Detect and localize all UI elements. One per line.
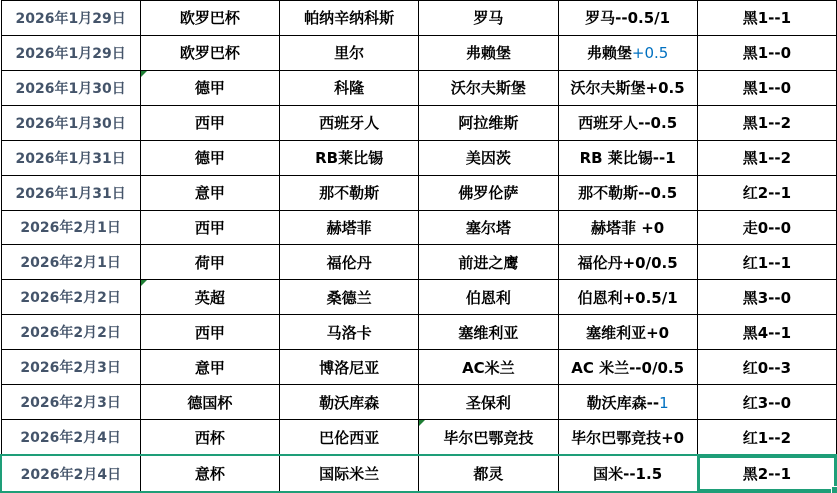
date-text: 2026年1月31日 bbox=[16, 186, 126, 202]
table-row: 2026年1月31日 意甲 那不勒斯 佛罗伦萨 那不勒斯--0.5 红2--1 bbox=[1, 175, 837, 210]
date-text: 2026年2月3日 bbox=[20, 395, 120, 411]
cell-league[interactable]: 欧罗巴杯 bbox=[140, 35, 279, 70]
away-team-text: 伯恩利 bbox=[466, 289, 511, 307]
home-team-text: 西班牙人 bbox=[319, 114, 379, 132]
date-text: 2026年2月3日 bbox=[20, 360, 120, 376]
cell-away-team[interactable]: AC米兰 bbox=[419, 350, 558, 385]
away-team-text: 塞维利亚 bbox=[458, 324, 518, 342]
home-team-text: 巴伦西亚 bbox=[319, 429, 379, 447]
cell-handicap[interactable]: 勒沃库森--1 bbox=[558, 385, 697, 420]
league-text: 欧罗巴杯 bbox=[180, 44, 240, 62]
table-row: 2026年2月1日 荷甲 福伦丹 前进之鹰 福伦丹+0/0.5 红1--1 bbox=[1, 245, 837, 280]
cell-home-team[interactable]: 福伦丹 bbox=[280, 245, 419, 280]
green-triangle-icon bbox=[419, 420, 425, 426]
cell-date[interactable]: 2026年2月1日 bbox=[1, 210, 140, 245]
cell-home-team[interactable]: 勒沃库森 bbox=[280, 385, 419, 420]
cell-home-team[interactable]: 博洛尼亚 bbox=[280, 350, 419, 385]
table-row: 2026年2月3日 德国杯 勒沃库森 圣保利 勒沃库森--1 红3--0 bbox=[1, 385, 837, 420]
table-row: 2026年2月3日 意甲 博洛尼亚 AC米兰 AC 米兰--0/0.5 红0--… bbox=[1, 350, 837, 385]
league-text: 西甲 bbox=[195, 324, 225, 342]
active-selected-cell[interactable]: 黑2--1 bbox=[697, 455, 836, 492]
date-text: 2026年1月30日 bbox=[16, 81, 126, 97]
cell-result[interactable]: 红2--1 bbox=[697, 175, 836, 210]
league-text: 西杯 bbox=[195, 429, 225, 447]
handicap-text: 罗马--0.5/1 bbox=[585, 9, 670, 27]
handicap-text: 福伦丹+0/0.5 bbox=[578, 254, 678, 272]
home-team-text: RB莱比锡 bbox=[315, 149, 383, 167]
cell-result[interactable]: 红1--1 bbox=[697, 245, 836, 280]
cell-home-team[interactable]: 那不勒斯 bbox=[280, 175, 419, 210]
cell-result[interactable]: 黑1--0 bbox=[697, 70, 836, 105]
cell-date[interactable]: 2026年1月31日 bbox=[1, 175, 140, 210]
handicap-text: 沃尔夫斯堡+0.5 bbox=[571, 79, 685, 97]
handicap-text: 伯恩利+0.5/1 bbox=[578, 289, 678, 307]
cell-handicap[interactable]: 罗马--0.5/1 bbox=[558, 1, 697, 36]
cell-league[interactable]: 意甲 bbox=[140, 175, 279, 210]
cell-handicap[interactable]: 伯恩利+0.5/1 bbox=[558, 280, 697, 315]
handicap-blue-text: +0.5 bbox=[632, 44, 668, 62]
home-team-text: 福伦丹 bbox=[327, 254, 372, 272]
cell-away-team[interactable]: 阿拉维斯 bbox=[419, 105, 558, 140]
away-team-text: 都灵 bbox=[473, 465, 503, 483]
handicap-text: AC 米兰--0/0.5 bbox=[571, 359, 684, 377]
date-text: 2026年2月2日 bbox=[20, 290, 120, 306]
match-results-table: 2026年1月29日 欧罗巴杯 帕纳辛纳科斯 罗马 罗马--0.5/1 黑1--… bbox=[0, 0, 837, 493]
away-team-text: 沃尔夫斯堡 bbox=[451, 79, 526, 97]
handicap-text: 赫塔菲 +0 bbox=[591, 219, 664, 237]
cell-away-team[interactable]: 前进之鹰 bbox=[419, 245, 558, 280]
league-text: 意甲 bbox=[195, 359, 225, 377]
table-row: 2026年2月4日 意杯 国际米兰 都灵 国米--1.5 黑2--1 bbox=[1, 455, 837, 492]
result-text: 走0--0 bbox=[743, 219, 791, 237]
cell-result[interactable]: 黑4--1 bbox=[697, 315, 836, 350]
cell-away-team[interactable]: 伯恩利 bbox=[419, 280, 558, 315]
cell-away-team[interactable]: 都灵 bbox=[419, 455, 558, 492]
cell-away-team[interactable]: 塞尔塔 bbox=[419, 210, 558, 245]
cell-home-team[interactable]: RB莱比锡 bbox=[280, 140, 419, 175]
cell-away-team[interactable]: 沃尔夫斯堡 bbox=[419, 70, 558, 105]
cell-home-team[interactable]: 帕纳辛纳科斯 bbox=[280, 1, 419, 36]
away-team-text: 塞尔塔 bbox=[466, 219, 511, 237]
cell-away-team[interactable]: 塞维利亚 bbox=[419, 315, 558, 350]
result-text: 红0--3 bbox=[743, 359, 791, 377]
home-team-text: 那不勒斯 bbox=[319, 184, 379, 202]
table-row: 2026年1月30日 德甲 科隆 沃尔夫斯堡 沃尔夫斯堡+0.5 黑1--0 bbox=[1, 70, 837, 105]
date-text: 2026年1月31日 bbox=[16, 151, 126, 167]
cell-handicap[interactable]: 福伦丹+0/0.5 bbox=[558, 245, 697, 280]
cell-home-team[interactable]: 桑德兰 bbox=[280, 280, 419, 315]
cell-home-team[interactable]: 里尔 bbox=[280, 35, 419, 70]
result-text: 黑1--2 bbox=[743, 149, 791, 167]
away-team-text: 弗赖堡 bbox=[466, 44, 511, 62]
league-text: 德甲 bbox=[195, 79, 225, 97]
handicap-text: 西班牙人--0.5 bbox=[578, 114, 677, 132]
table-row: 2026年2月2日 西甲 马洛卡 塞维利亚 塞维利亚+0 黑4--1 bbox=[1, 315, 837, 350]
cell-date[interactable]: 2026年2月4日 bbox=[1, 455, 140, 492]
cell-result[interactable]: 黑1--2 bbox=[697, 140, 836, 175]
away-team-text: 前进之鹰 bbox=[458, 254, 518, 272]
cell-handicap[interactable]: 国米--1.5 bbox=[558, 455, 697, 492]
date-text: 2026年2月4日 bbox=[21, 467, 121, 483]
date-text: 2026年2月2日 bbox=[20, 325, 120, 341]
cell-away-team[interactable]: 美因茨 bbox=[419, 140, 558, 175]
cell-home-team[interactable]: 西班牙人 bbox=[280, 105, 419, 140]
cell-date[interactable]: 2026年1月31日 bbox=[1, 140, 140, 175]
cell-handicap[interactable]: 西班牙人--0.5 bbox=[558, 105, 697, 140]
cell-league[interactable]: 西甲 bbox=[140, 105, 279, 140]
home-team-text: 赫塔菲 bbox=[327, 219, 372, 237]
cell-handicap[interactable]: 赫塔菲 +0 bbox=[558, 210, 697, 245]
cell-result[interactable]: 走0--0 bbox=[697, 210, 836, 245]
cell-handicap[interactable]: 毕尔巴鄂竞技+0 bbox=[558, 420, 697, 456]
cell-league[interactable]: 西甲 bbox=[140, 315, 279, 350]
cell-home-team[interactable]: 科隆 bbox=[280, 70, 419, 105]
cell-league[interactable]: 欧罗巴杯 bbox=[140, 1, 279, 36]
cell-date[interactable]: 2026年1月30日 bbox=[1, 105, 140, 140]
result-text: 红3--0 bbox=[743, 394, 791, 412]
handicap-blue-text: 1 bbox=[659, 394, 669, 412]
home-team-text: 里尔 bbox=[334, 44, 364, 62]
result-text: 黑3--0 bbox=[743, 289, 791, 307]
table-row: 2026年1月30日 西甲 西班牙人 阿拉维斯 西班牙人--0.5 黑1--2 bbox=[1, 105, 837, 140]
fill-handle[interactable] bbox=[831, 486, 837, 493]
home-team-text: 科隆 bbox=[334, 79, 364, 97]
league-text: 德甲 bbox=[195, 149, 225, 167]
date-text: 2026年1月30日 bbox=[16, 116, 126, 132]
cell-result[interactable]: 红3--0 bbox=[697, 385, 836, 420]
table-row: 2026年2月4日 西杯 巴伦西亚 毕尔巴鄂竞技 毕尔巴鄂竞技+0 红1--2 bbox=[1, 420, 837, 456]
cell-handicap[interactable]: 那不勒斯--0.5 bbox=[558, 175, 697, 210]
result-text: 黑4--1 bbox=[743, 324, 791, 342]
green-triangle-icon bbox=[141, 71, 147, 77]
cell-date[interactable]: 2026年1月29日 bbox=[1, 1, 140, 36]
league-text: 西甲 bbox=[195, 219, 225, 237]
away-team-text: 阿拉维斯 bbox=[458, 114, 518, 132]
table-row: 2026年2月1日 西甲 赫塔菲 塞尔塔 赫塔菲 +0 走0--0 bbox=[1, 210, 837, 245]
cell-result[interactable]: 黑1--2 bbox=[697, 105, 836, 140]
result-text: 红1--2 bbox=[743, 429, 791, 447]
home-team-text: 勒沃库森 bbox=[319, 394, 379, 412]
away-team-text: 罗马 bbox=[473, 9, 503, 27]
league-text: 西甲 bbox=[195, 114, 225, 132]
league-text: 欧罗巴杯 bbox=[180, 9, 240, 27]
home-team-text: 桑德兰 bbox=[327, 289, 372, 307]
home-team-text: 博洛尼亚 bbox=[319, 359, 379, 377]
cell-date[interactable]: 2026年2月2日 bbox=[1, 280, 140, 315]
date-text: 2026年2月4日 bbox=[20, 430, 120, 446]
cell-result[interactable]: 红1--2 bbox=[697, 420, 836, 456]
handicap-text: 勒沃库森-- bbox=[587, 394, 659, 412]
cell-date[interactable]: 2026年2月3日 bbox=[1, 385, 140, 420]
away-team-text: 圣保利 bbox=[466, 394, 511, 412]
result-text: 黑1--2 bbox=[743, 114, 791, 132]
cell-home-team[interactable]: 巴伦西亚 bbox=[280, 420, 419, 456]
cell-league[interactable]: 西杯 bbox=[140, 420, 279, 456]
cell-handicap[interactable]: 塞维利亚+0 bbox=[558, 315, 697, 350]
cell-result[interactable]: 黑1--0 bbox=[697, 35, 836, 70]
table-row: 2026年1月31日 德甲 RB莱比锡 美因茨 RB 莱比锡--1 黑1--2 bbox=[1, 140, 837, 175]
handicap-text: 塞维利亚+0 bbox=[586, 324, 669, 342]
home-team-text: 国际米兰 bbox=[319, 465, 379, 483]
handicap-text: 那不勒斯--0.5 bbox=[578, 184, 677, 202]
handicap-text: 弗赖堡 bbox=[587, 44, 632, 62]
away-team-text: 美因茨 bbox=[466, 149, 511, 167]
cell-league[interactable]: 英超 bbox=[140, 280, 279, 315]
cell-date[interactable]: 2026年1月29日 bbox=[1, 35, 140, 70]
handicap-text: 国米--1.5 bbox=[593, 465, 662, 483]
result-text: 红2--1 bbox=[743, 184, 791, 202]
cell-away-team[interactable]: 弗赖堡 bbox=[419, 35, 558, 70]
away-team-text: AC米兰 bbox=[462, 359, 515, 377]
home-team-text: 马洛卡 bbox=[327, 324, 372, 342]
cell-league[interactable]: 意甲 bbox=[140, 350, 279, 385]
cell-result[interactable]: 红0--3 bbox=[697, 350, 836, 385]
match-table-body: 2026年1月29日 欧罗巴杯 帕纳辛纳科斯 罗马 罗马--0.5/1 黑1--… bbox=[1, 1, 837, 493]
table-row: 2026年1月29日 欧罗巴杯 帕纳辛纳科斯 罗马 罗马--0.5/1 黑1--… bbox=[1, 1, 837, 36]
handicap-text: RB 莱比锡--1 bbox=[580, 149, 676, 167]
league-text: 英超 bbox=[195, 289, 225, 307]
result-text: 红1--1 bbox=[743, 254, 791, 272]
cell-date[interactable]: 2026年2月2日 bbox=[1, 315, 140, 350]
cell-date[interactable]: 2026年2月1日 bbox=[1, 245, 140, 280]
cell-league[interactable]: 意杯 bbox=[140, 455, 279, 492]
cell-handicap[interactable]: 弗赖堡+0.5 bbox=[558, 35, 697, 70]
league-text: 意甲 bbox=[195, 184, 225, 202]
cell-away-team[interactable]: 佛罗伦萨 bbox=[419, 175, 558, 210]
cell-away-team[interactable]: 毕尔巴鄂竞技 bbox=[419, 420, 558, 456]
cell-home-team[interactable]: 马洛卡 bbox=[280, 315, 419, 350]
result-text: 黑2--1 bbox=[743, 465, 791, 483]
handicap-text: 毕尔巴鄂竞技+0 bbox=[571, 429, 684, 447]
green-triangle-icon bbox=[141, 280, 147, 286]
cell-handicap[interactable]: AC 米兰--0/0.5 bbox=[558, 350, 697, 385]
cell-home-team[interactable]: 赫塔菲 bbox=[280, 210, 419, 245]
date-text: 2026年2月1日 bbox=[20, 220, 120, 236]
cell-away-team[interactable]: 罗马 bbox=[419, 1, 558, 36]
cell-handicap[interactable]: RB 莱比锡--1 bbox=[558, 140, 697, 175]
table-row: 2026年1月29日 欧罗巴杯 里尔 弗赖堡 弗赖堡+0.5 黑1--0 bbox=[1, 35, 837, 70]
cell-league[interactable]: 德甲 bbox=[140, 140, 279, 175]
cell-date[interactable]: 2026年2月4日 bbox=[1, 420, 140, 456]
cell-league[interactable]: 德国杯 bbox=[140, 385, 279, 420]
league-text: 意杯 bbox=[195, 465, 225, 483]
cell-league[interactable]: 西甲 bbox=[140, 210, 279, 245]
league-text: 荷甲 bbox=[195, 254, 225, 272]
table-row: 2026年2月2日 英超 桑德兰 伯恩利 伯恩利+0.5/1 黑3--0 bbox=[1, 280, 837, 315]
result-text: 黑1--0 bbox=[743, 44, 791, 62]
cell-away-team[interactable]: 圣保利 bbox=[419, 385, 558, 420]
cell-league[interactable]: 荷甲 bbox=[140, 245, 279, 280]
cell-league[interactable]: 德甲 bbox=[140, 70, 279, 105]
date-text: 2026年2月1日 bbox=[20, 255, 120, 271]
cell-home-team[interactable]: 国际米兰 bbox=[280, 455, 419, 492]
date-text: 2026年1月29日 bbox=[16, 11, 126, 27]
cell-handicap[interactable]: 沃尔夫斯堡+0.5 bbox=[558, 70, 697, 105]
league-text: 德国杯 bbox=[187, 394, 232, 412]
date-text: 2026年1月29日 bbox=[16, 46, 126, 62]
cell-date[interactable]: 2026年2月3日 bbox=[1, 350, 140, 385]
cell-result[interactable]: 黑1--1 bbox=[697, 1, 836, 36]
away-team-text: 毕尔巴鄂竞技 bbox=[443, 429, 533, 447]
home-team-text: 帕纳辛纳科斯 bbox=[304, 9, 394, 27]
result-text: 黑1--1 bbox=[743, 9, 791, 27]
away-team-text: 佛罗伦萨 bbox=[458, 184, 518, 202]
result-text: 黑1--0 bbox=[743, 79, 791, 97]
cell-date[interactable]: 2026年1月30日 bbox=[1, 70, 140, 105]
cell-result[interactable]: 黑3--0 bbox=[697, 280, 836, 315]
